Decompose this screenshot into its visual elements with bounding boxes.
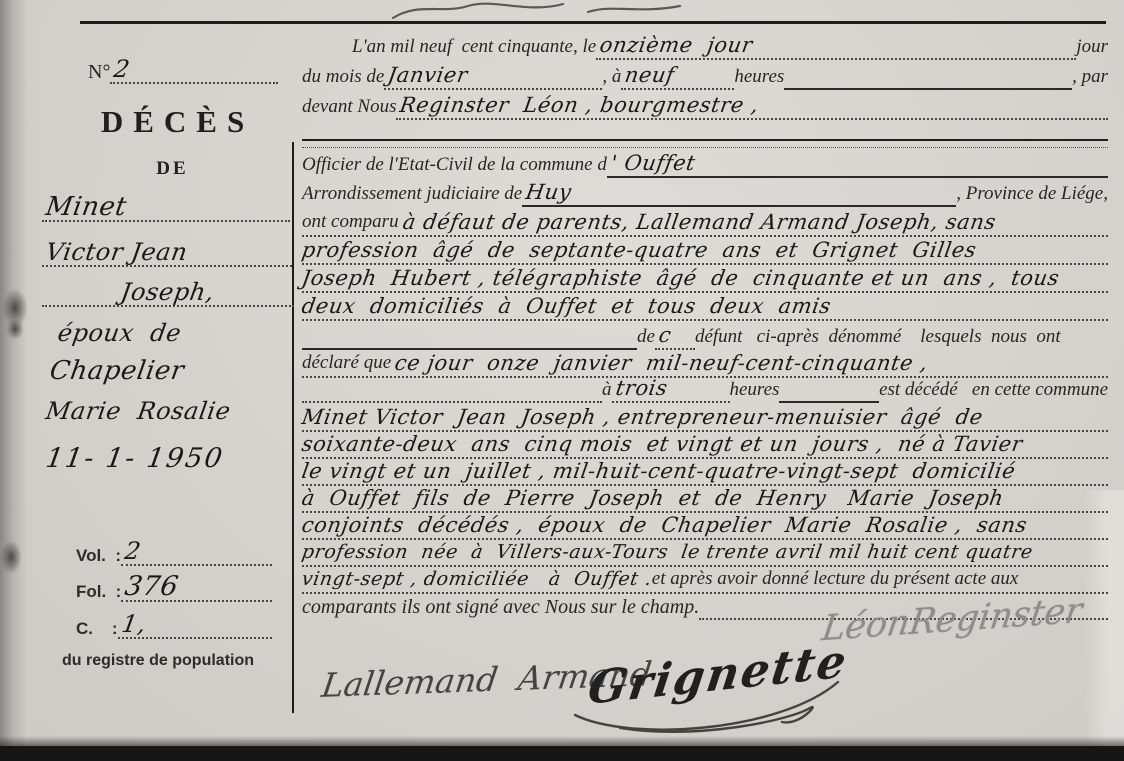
spouse-firstnames-row: Marie Rosalie: [46, 398, 231, 424]
fill-in-death-hour: trois: [612, 375, 730, 403]
c-number-label: C. :: [76, 619, 118, 639]
handwritten-text: Joseph Hubert , télégraphiste âgé de cin…: [300, 265, 1061, 291]
fill-in-arrondissement: Huy: [522, 179, 956, 207]
printed-text: Officier de l'Etat-Civil de la commune d: [302, 152, 607, 178]
handwritten-officer-name: Reginster Léon , bourgmestre ,: [398, 92, 761, 118]
handwritten-text: vingt-sept , domiciliée à Ouffet .: [300, 566, 654, 592]
deceased-firstnames-line: Victor Jean: [42, 239, 292, 267]
printed-text: déclaré que: [302, 350, 391, 376]
scanned-death-certificate: N° 2 DÉCÈS DE Minet Victor Jean Joseph, …: [0, 0, 1124, 761]
section-divider-rule: [302, 139, 1108, 148]
act-line-4: Officier de l'Etat-Civil de la commune d…: [302, 152, 1108, 178]
printed-text: devant Nous: [302, 94, 396, 120]
death-date: 11- 1- 1950: [44, 446, 226, 472]
record-number-value: 2: [112, 56, 132, 82]
deceased-firstnames-row: Victor Jean: [42, 241, 292, 267]
handwritten-month: Janvier: [386, 62, 470, 88]
deceased-surname-line: Minet: [42, 194, 290, 222]
deceased-surname: Minet: [44, 194, 129, 220]
record-number-label: N°: [88, 61, 110, 84]
blank-leader: [779, 401, 879, 403]
act-line-19: vingt-sept , domiciliée à Ouffet . et ap…: [302, 566, 1108, 594]
handwritten-text: Minet Victor Jean Joseph , entrepreneur-…: [300, 404, 985, 430]
fill-in-day: onzième jour: [596, 32, 1076, 60]
spouse-firstnames: Marie Rosalie: [44, 398, 233, 424]
folio-label: Fol. :: [76, 582, 121, 602]
act-line-18: profession née à Villers-aux-Tours le tr…: [302, 539, 1108, 567]
death-date-row: 11- 1- 1950: [46, 446, 224, 472]
blank-leader: [784, 88, 1072, 90]
act-line-10: de c défunt ci-après dénommé lesquels no…: [302, 324, 1108, 350]
handwritten-text: le vingt et un juillet , mil-huit-cent-q…: [300, 458, 1017, 484]
printed-text: , Province de Liége,: [956, 181, 1108, 207]
printed-text: L'an mil neuf cent cinquante, le: [352, 34, 596, 60]
handwritten-arrondissement: Huy: [524, 179, 574, 205]
act-line-16: à Ouffet fils de Pierre Joseph et de Hen…: [302, 485, 1108, 513]
register-note-row: du registre de population: [62, 644, 254, 670]
printed-text: du mois de: [302, 64, 384, 90]
handwritten-text: profession âgé de septante-quatre ans et…: [300, 237, 978, 263]
act-line-13: Minet Victor Jean Joseph , entrepreneur-…: [302, 404, 1108, 432]
header-rule: [80, 21, 1106, 24]
act-line-7: profession âgé de septante-quatre ans et…: [302, 237, 1108, 265]
deceased-name-cont-line: Joseph,: [42, 279, 294, 307]
printed-text: est décédé en cette commune: [879, 377, 1108, 403]
folio-row: Fol. : 376: [76, 576, 272, 602]
folio-line: 376: [121, 574, 272, 602]
volume-value: 2: [123, 538, 143, 564]
spouse-intro: époux de: [56, 320, 183, 346]
folio-value: 376: [123, 574, 180, 600]
act-line-1: L'an mil neuf cent cinquante, le onzième…: [302, 34, 1108, 60]
spouse-intro-row: époux de: [58, 320, 181, 346]
act-line-12: à trois heures est décédé en cette commu…: [302, 377, 1108, 403]
act-line-14: soixante-deux ans cinq mois et vingt et …: [302, 431, 1108, 459]
deceased-firstnames: Victor Jean: [44, 239, 190, 265]
fill-in-small: c: [655, 322, 695, 350]
handwritten-death-hour: trois: [613, 375, 669, 401]
binding-crease-mark: [6, 318, 24, 340]
handwritten-declaration-date: ce jour onze janvier mil-neuf-cent-cinqu…: [393, 350, 930, 376]
handwritten-text: profession née à Villers-aux-Tours le tr…: [300, 539, 1035, 565]
column-separator-line: [292, 142, 294, 713]
act-line-5: Arrondissement judiciaire de Huy , Provi…: [302, 181, 1108, 207]
photo-bottom-edge: [0, 746, 1124, 761]
signature-flourish: [560, 670, 850, 740]
act-line-17: conjoints décédés , époux de Chapelier M…: [302, 512, 1108, 540]
printed-text: défunt ci-après dénommé lesquels nous on…: [695, 324, 1061, 350]
register-note: du registre de population: [62, 652, 254, 670]
act-line-6: ont comparu à défaut de parents, Lallema…: [302, 209, 1108, 237]
printed-text: heures: [734, 64, 784, 90]
fill-in-commune: ' Ouffet: [607, 150, 1108, 178]
fill-in-month: Janvier: [384, 62, 602, 90]
act-line-9: deux domiciliés à Ouffet et tous deux am…: [302, 293, 1108, 321]
printed-text: ont comparu: [302, 209, 399, 235]
handwritten-letter: c: [657, 322, 673, 348]
spouse-surname-row: Chapelier: [50, 358, 184, 384]
spouse-surname: Chapelier: [48, 358, 186, 384]
handwritten-commune: ' Ouffet: [609, 150, 698, 176]
handwritten-text: soixante-deux ans cinq mois et vingt et …: [300, 431, 1025, 457]
act-line-2: du mois de Janvier , à neuf heures , par: [302, 64, 1108, 90]
deceased-surname-row: Minet: [42, 196, 290, 222]
printed-text: de: [637, 324, 655, 350]
printed-text: comparants ils ont signé avec Nous sur l…: [302, 594, 699, 620]
volume-line: 2: [121, 538, 272, 566]
record-number-row: N° 2: [88, 58, 278, 84]
volume-label: Vol. :: [76, 546, 121, 566]
handwritten-day: onzième jour: [598, 32, 755, 58]
cropped-handwriting-top: [388, 0, 688, 20]
printed-text: , par: [1072, 64, 1108, 90]
handwritten-text: deux domiciliés à Ouffet et tous deux am…: [300, 293, 833, 319]
binding-crease-mark: [0, 540, 22, 574]
deceased-name-cont: Joseph,: [119, 279, 216, 305]
handwritten-text: à Ouffet fils de Pierre Joseph et de Hen…: [300, 485, 1006, 511]
act-line-11: déclaré que ce jour onze janvier mil-neu…: [302, 350, 1108, 378]
printed-text: à: [602, 377, 612, 403]
printed-text: heures: [730, 377, 780, 403]
c-number-value: 1,: [120, 611, 148, 637]
fill-in-hour: neuf: [621, 62, 734, 90]
handwritten-text: conjoints décédés , époux de Chapelier M…: [300, 512, 1029, 538]
printed-text: et après avoir donné lecture du présent …: [652, 566, 1019, 592]
record-type-title: DÉCÈS: [55, 104, 290, 140]
act-line-8: Joseph Hubert , télégraphiste âgé de cin…: [302, 265, 1108, 293]
volume-row: Vol. : 2: [76, 540, 272, 566]
fill-in-witnesses: à défaut de parents, Lallemand Armand Jo…: [399, 209, 1108, 235]
record-number-line: 2: [110, 56, 278, 84]
printed-text: jour: [1076, 34, 1108, 60]
c-number-row: C. : 1,: [76, 613, 272, 639]
handwritten-hour: neuf: [623, 62, 677, 88]
printed-text: Arrondissement judiciaire de: [302, 181, 522, 207]
book-binding-edge: [0, 0, 36, 761]
blank-leader: [302, 401, 602, 403]
act-line-3: devant Nous Reginster Léon , bourgmestre…: [302, 94, 1108, 120]
c-number-line: 1,: [118, 611, 272, 639]
printed-text: , à: [602, 64, 621, 90]
handwritten-witnesses: à défaut de parents, Lallemand Armand Jo…: [401, 209, 998, 235]
fill-in-declaration-date: ce jour onze janvier mil-neuf-cent-cinqu…: [391, 350, 1108, 376]
record-type-subtitle: DE: [55, 158, 290, 180]
act-line-15: le vingt et un juillet , mil-huit-cent-q…: [302, 458, 1108, 486]
fill-in-officer: Reginster Léon , bourgmestre ,: [396, 92, 1108, 120]
deceased-name-cont-row: Joseph,: [42, 281, 294, 307]
